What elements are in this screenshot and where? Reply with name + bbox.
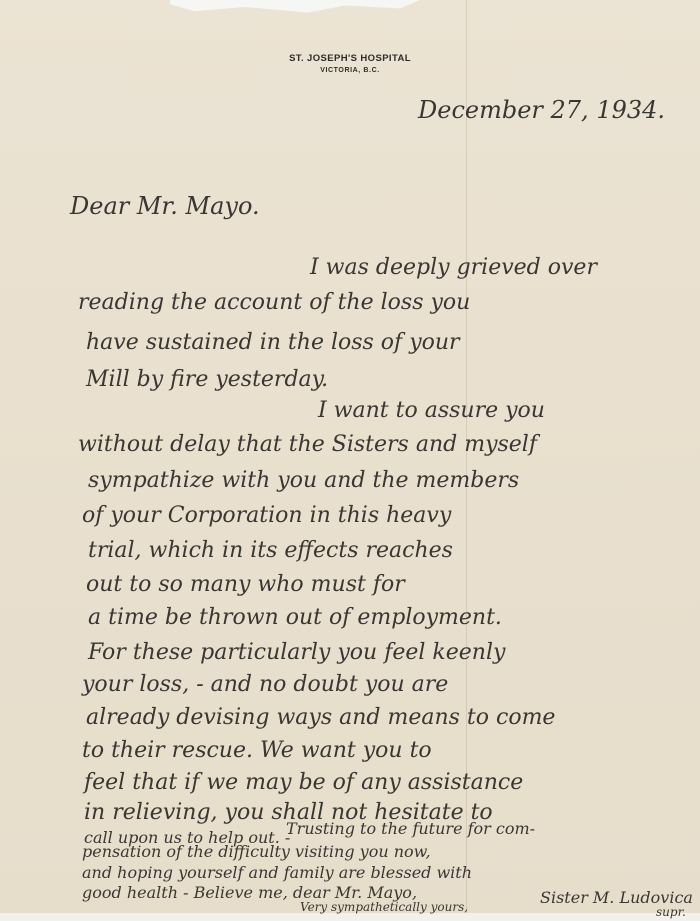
body-line: to their rescue. We want you to (82, 738, 432, 763)
salutation: Dear Mr. Mayo. (70, 192, 260, 220)
letter-date: December 27, 1934. (418, 96, 665, 124)
body-line: and hoping yourself and family are bless… (82, 863, 472, 882)
torn-edge (170, 0, 420, 14)
closing: Very sympathetically yours, (300, 900, 468, 914)
signature-title: supr. (656, 905, 686, 919)
body-line: without delay that the Sisters and mysel… (78, 432, 537, 457)
body-line: Trusting to the future for com- (286, 819, 535, 838)
body-line: feel that if we may be of any assistance (84, 770, 523, 795)
paper-bottom-edge (0, 913, 700, 921)
body-line: trial, which in its effects reaches (88, 538, 453, 563)
body-line: I want to assure you (318, 398, 545, 423)
letterhead-location: VICTORIA, B.C. (0, 67, 700, 74)
body-line: sympathize with you and the members (88, 468, 519, 493)
body-line: out to so many who must for (86, 572, 405, 597)
body-line: a time be thrown out of employment. (88, 605, 502, 630)
body-line: reading the account of the loss you (78, 290, 470, 315)
body-line: of your Corporation in this heavy (82, 503, 451, 528)
body-line: Mill by fire yesterday. (86, 367, 328, 392)
body-line: For these particularly you feel keenly (88, 640, 505, 665)
body-line: already devising ways and means to come (86, 705, 555, 730)
body-line: pensation of the difficulty visiting you… (82, 842, 431, 861)
letter-page: ST. JOSEPH'S HOSPITAL VICTORIA, B.C. Dec… (0, 0, 700, 921)
letterhead-name: ST. JOSEPH'S HOSPITAL (0, 53, 700, 64)
body-line: have sustained in the loss of your (86, 330, 460, 355)
body-line: I was deeply grieved over (310, 255, 597, 280)
body-line: your loss, - and no doubt you are (82, 672, 448, 697)
